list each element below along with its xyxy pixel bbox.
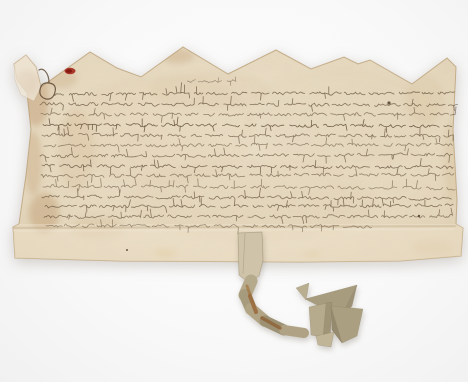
parchment bbox=[0, 40, 468, 270]
ink-speck bbox=[126, 249, 128, 251]
ink-speck bbox=[418, 215, 420, 217]
tag-strip bbox=[238, 232, 263, 282]
tag-twist bbox=[245, 281, 304, 333]
photo-frame bbox=[0, 0, 468, 382]
ink-speck bbox=[387, 101, 390, 104]
charter-photo bbox=[0, 0, 468, 382]
corner-flap bbox=[14, 55, 41, 101]
